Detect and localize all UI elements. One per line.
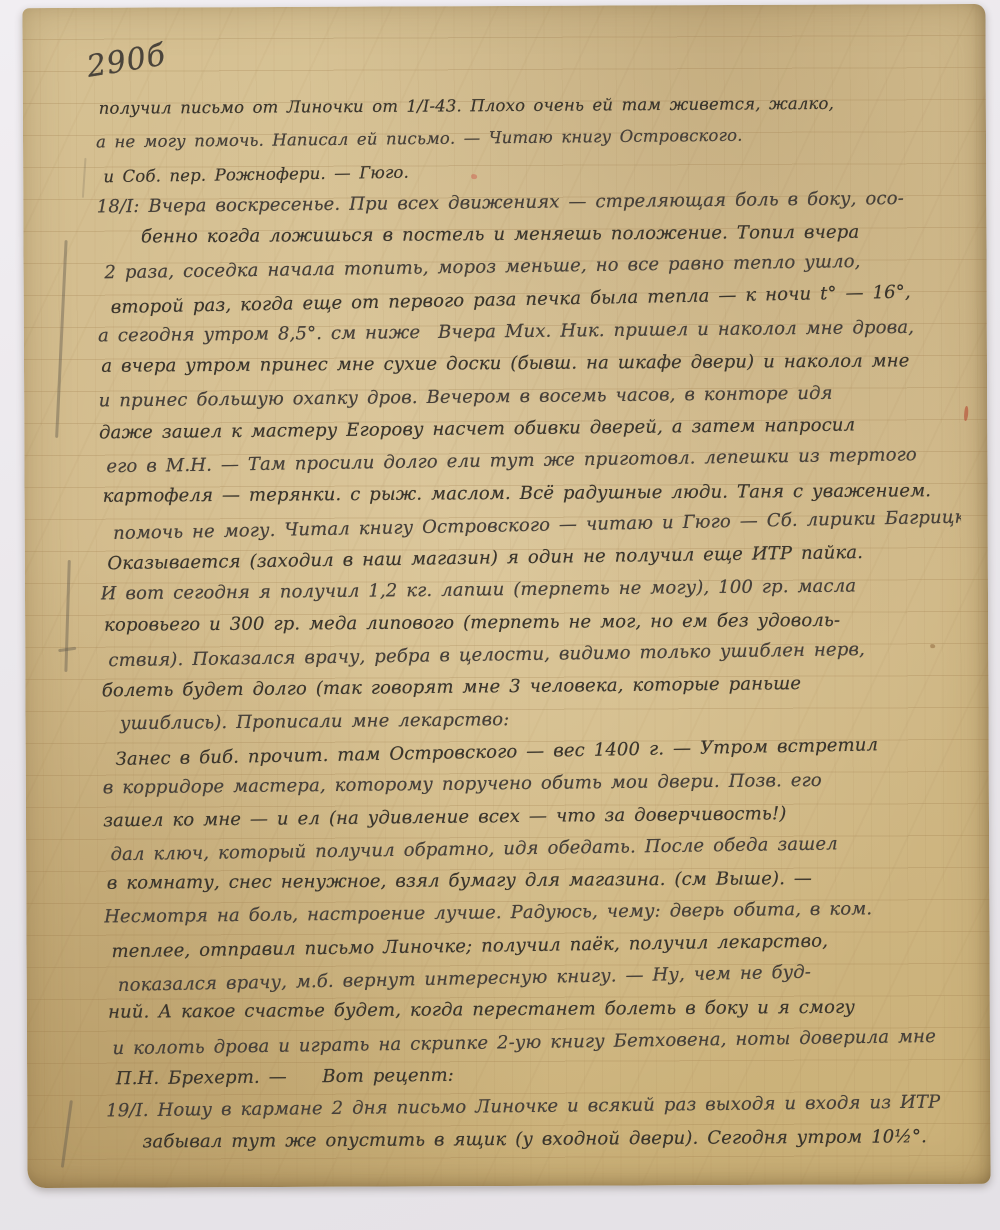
handwriting-line: получил письмо от Линочки от 1/I-43. Пло… [99,87,957,125]
handwritten-text-block: получил письмо от Линочки от 1/I-43. Пло… [96,85,968,1172]
photo-background: 290б получил письмо от Линочки от 1/I-43… [0,0,1000,1230]
pencil-margin-mark [82,158,87,198]
handwriting-line: забывал тут же опустить в ящик (у входно… [142,1120,967,1158]
handwriting-line: в комнату, снес ненужное, взял бумагу дл… [107,862,965,900]
paper-speck [963,406,968,421]
handwriting-line: а вчера утром принес мне сухие доски (бы… [101,345,959,383]
pencil-margin-mark [64,560,70,672]
page-number: 290б [84,37,168,84]
notebook-page: 290б получил письмо от Линочки от 1/I-43… [22,4,990,1188]
pencil-margin-mark [61,1100,73,1168]
pencil-margin-mark [55,240,67,438]
